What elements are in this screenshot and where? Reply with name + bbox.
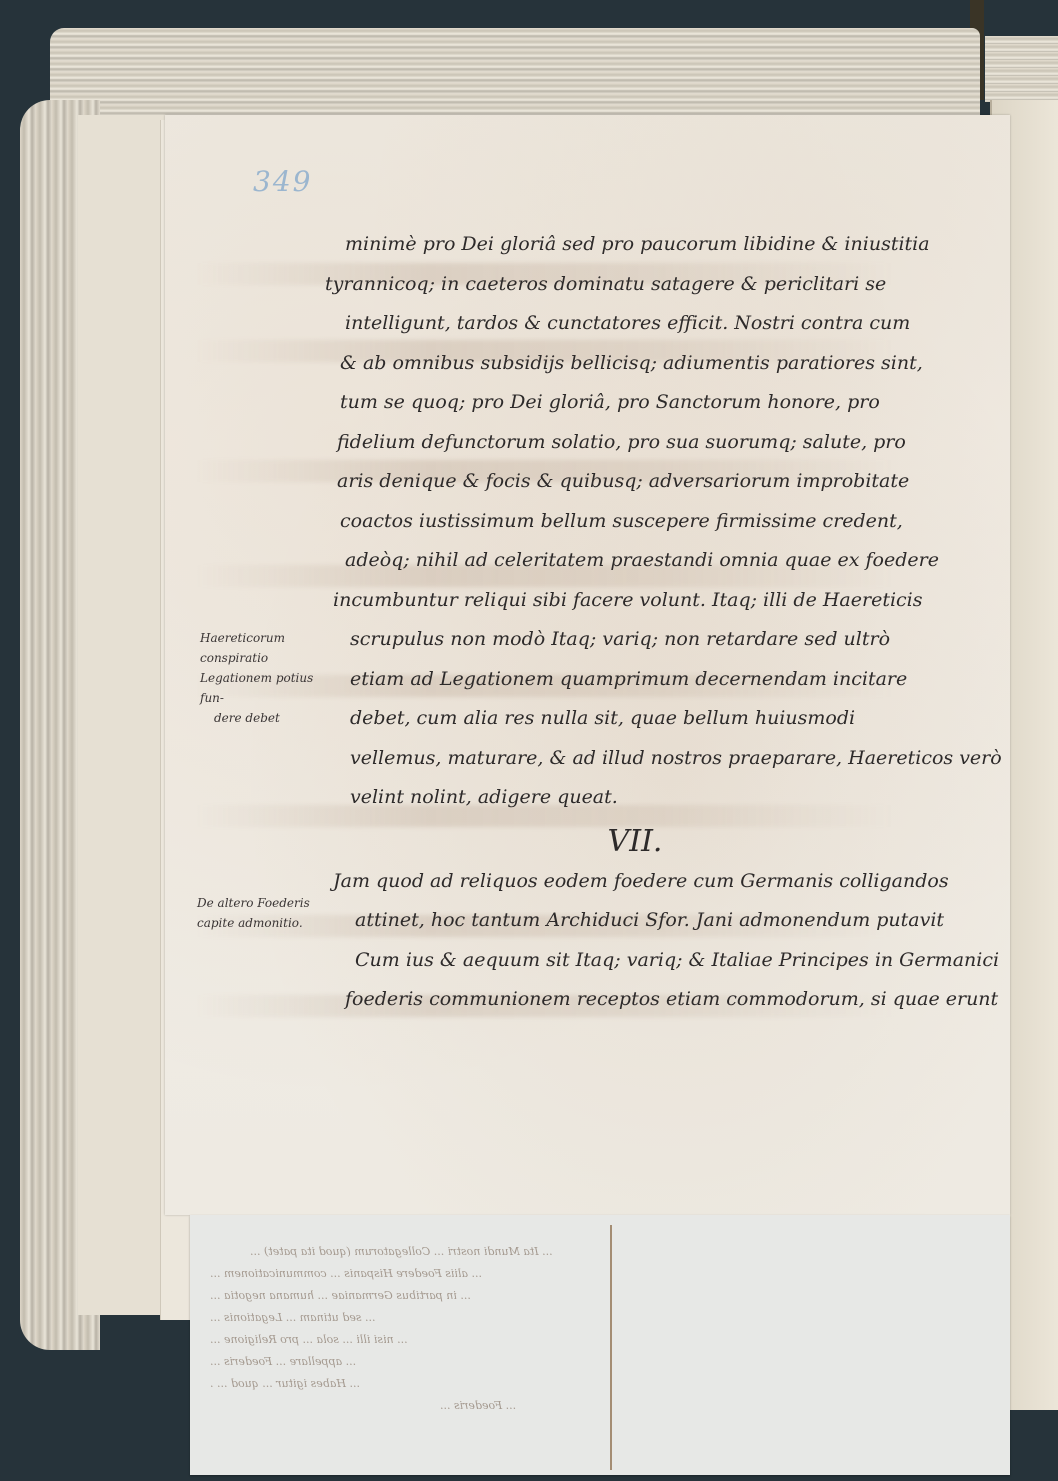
margin-note-line: dere debet	[200, 708, 315, 728]
text-line: scrupulus non modò Itaq; variq; non reta…	[350, 620, 985, 660]
text-line: Jam quod ad reliquos eodem foedere cum G…	[333, 862, 985, 902]
text-line: aris denique & focis & quibusq; adversar…	[337, 462, 985, 502]
faint-text-line: ... Ita Mundi nostri ... Collegatorum (q…	[250, 1245, 553, 1258]
text-line: debet, cum alia res nulla sit, quae bell…	[350, 699, 985, 739]
margin-note-heretics: Haereticorum conspiratio Legationem poti…	[200, 628, 315, 728]
text-line: minimè pro Dei gloriâ sed pro paucorum l…	[345, 225, 985, 265]
manuscript-page: 349 Haereticorum conspiratio Legationem …	[165, 115, 1010, 1215]
margin-note-foederis: De altero Foederis capite admonitio.	[197, 893, 312, 933]
fold-crease	[610, 1225, 612, 1470]
text-line: coactos iustissimum bellum suscepere fir…	[340, 502, 985, 542]
text-line: & ab omnibus subsidijs bellicisq; adiume…	[340, 344, 985, 384]
faint-text-line: ... Habes igitur ... quod ... .	[210, 1377, 360, 1390]
text-line: adeòq; nihil ad celeritatem praestandi o…	[345, 541, 985, 581]
margin-note-line: De altero Foederis	[197, 893, 312, 913]
faint-text-line: ... appellare ... Foederis ...	[210, 1355, 356, 1368]
text-line: attinet, hoc tantum Archiduci Sfor. Jani…	[355, 901, 985, 941]
section-heading: VII.	[285, 818, 985, 866]
faint-text-line: ... sed utinam ... Legationis ...	[210, 1311, 375, 1324]
margin-note-line: capite admonitio.	[197, 913, 312, 933]
faint-text-line: ... nisi illi ... sola ... pro Religione…	[210, 1333, 408, 1346]
page-stack-top-edge	[50, 28, 980, 118]
folio-number: 349	[253, 165, 312, 198]
facing-page-stack-edge	[985, 36, 1058, 102]
text-line: intelligunt, tardos & cunctatores effici…	[345, 304, 985, 344]
margin-note-line: Haereticorum conspiratio	[200, 628, 315, 668]
text-line: foederis communionem receptos etiam comm…	[345, 980, 985, 1020]
text-line: fidelium defunctorum solatio, pro sua su…	[337, 423, 985, 463]
faint-text-line: ... Foederis ...	[440, 1399, 516, 1412]
margin-note-line: Legationem potius fun-	[200, 668, 315, 708]
attached-folded-sheet: ... Ita Mundi nostri ... Collegatorum (q…	[190, 1215, 1010, 1475]
text-line: incumbuntur reliqui sibi facere volunt. …	[333, 581, 985, 621]
text-line: etiam ad Legationem quamprimum decernend…	[350, 660, 985, 700]
faint-text-line: ... aliis Foedere Hispanis ... communica…	[210, 1267, 482, 1280]
faint-text-line: ... in partibus Germaniae ... humana neg…	[210, 1289, 471, 1302]
text-line: tum se quoq; pro Dei gloriâ, pro Sanctor…	[340, 383, 985, 423]
text-line: Cum ius & aequum sit Itaq; variq; & Ital…	[355, 941, 985, 981]
text-line: tyrannicoq; in caeteros dominatu satager…	[325, 265, 985, 305]
text-line: vellemus, maturare, & ad illud nostros p…	[350, 739, 985, 779]
main-text-block: minimè pro Dei gloriâ sed pro paucorum l…	[345, 225, 985, 1020]
text-line: velint nolint, adigere queat.	[350, 778, 985, 818]
